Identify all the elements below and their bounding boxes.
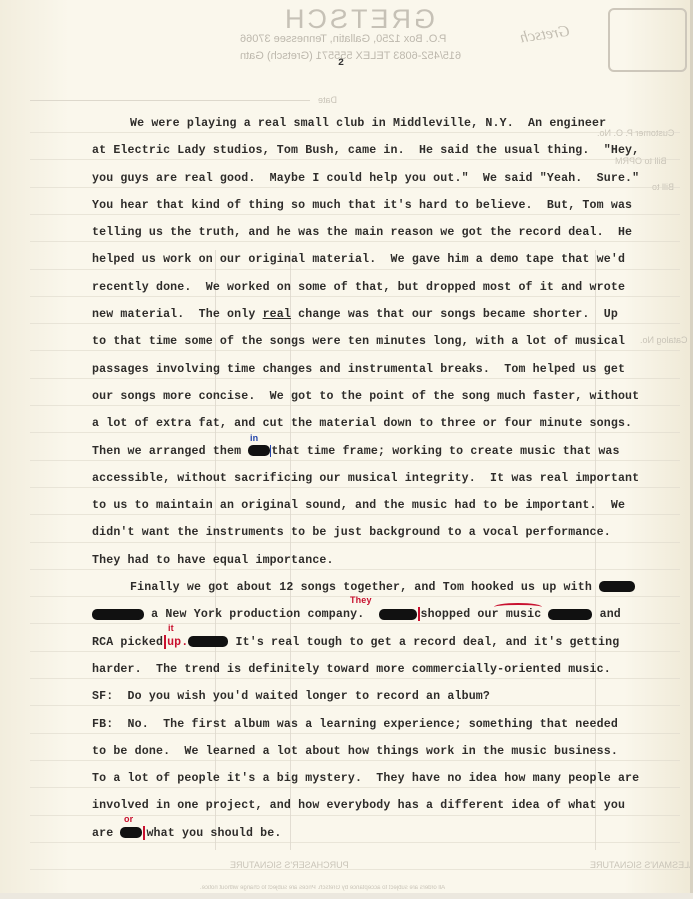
underlined-word: real: [263, 308, 291, 321]
showthrough-rule: [30, 100, 310, 101]
text-line: Then we arranged them that time frame; w…: [92, 438, 612, 465]
redaction-bar: [188, 636, 228, 647]
showthrough-label-date: Date: [318, 95, 337, 105]
text-line: You hear that kind of thing so much that…: [92, 192, 612, 219]
handwritten-insert-it: it: [168, 615, 174, 642]
redaction-bar: [548, 609, 592, 620]
deletion-arc: [494, 603, 542, 611]
insert-caret-icon: [418, 607, 420, 621]
text-fragment: are: [92, 827, 120, 840]
text-line: We were playing a real small club in Mid…: [92, 110, 612, 137]
text-fragment: It's real tough to get a record deal, an…: [228, 636, 619, 649]
showthrough-logo-text: Gretsch: [519, 23, 571, 48]
text-fragment: that time frame; working to create music…: [271, 445, 619, 458]
text-line: To a lot of people it's a big mystery. T…: [92, 765, 612, 792]
text-fragment: a New York production company.: [144, 608, 379, 621]
text-line: to be done. We learned a lot about how t…: [92, 738, 612, 765]
page-edge: [0, 893, 693, 899]
showthrough-footer-note: All orders are subject to acceptance by …: [200, 885, 445, 891]
text-line: you guys are real good. Maybe I could he…: [92, 165, 612, 192]
showthrough-address-1: P.O. Box 1250, Gallatin, Tennessee 37066: [240, 33, 446, 45]
text-line: new material. The only real change was t…: [92, 301, 612, 328]
text-line: telling us the truth, and he was the mai…: [92, 219, 612, 246]
text-line: harder. The trend is definitely toward m…: [92, 656, 612, 683]
showthrough-company-name: GRETSCH: [282, 4, 435, 35]
text-line: They had to have equal importance.: [92, 547, 612, 574]
text-line: to us to maintain an original sound, and…: [92, 492, 612, 519]
text-fragment: Then we arranged them: [92, 445, 248, 458]
text-fragment: what you should be.: [146, 827, 281, 840]
text-line: at Electric Lady studios, Tom Bush, came…: [92, 137, 612, 164]
text-line: RCA pickedup. It's real tough to get a r…: [92, 629, 612, 656]
text-line: are what you should be. or: [92, 820, 612, 847]
text-fragment: RCA picked: [92, 636, 163, 649]
handwritten-insert-or: or: [124, 806, 133, 833]
text-line: our songs more concise. We got to the po…: [92, 383, 612, 410]
text-line: recently done. We worked on some of that…: [92, 274, 612, 301]
showthrough-address-2: 615/452-6083 TELEX 555571 (Gretsch) Gatn: [240, 50, 461, 62]
handwritten-insert-in: in: [250, 425, 258, 452]
redaction-bar: [379, 609, 417, 620]
redaction-bar: [599, 581, 635, 592]
text-line: didn't want the instruments to be just b…: [92, 519, 612, 546]
handwritten-insert-they: They: [350, 587, 372, 614]
text-line: passages involving time changes and inst…: [92, 356, 612, 383]
redaction-bar: [92, 609, 144, 620]
text-line: helped us work on our original material.…: [92, 246, 612, 273]
typed-body: We were playing a real small club in Mid…: [92, 110, 612, 847]
text-fragment: and: [592, 608, 620, 621]
page-number: 2: [338, 58, 344, 69]
insert-caret-icon: [164, 635, 166, 649]
text-fragment: change was that our songs became shorter…: [291, 308, 618, 321]
text-line: involved in one project, and how everybo…: [92, 792, 612, 819]
text-line: FB: No. The first album was a learning e…: [92, 711, 612, 738]
showthrough-logo-icon: [608, 8, 687, 72]
scanned-page: GRETSCH P.O. Box 1250, Gallatin, Tenness…: [0, 0, 693, 899]
showthrough-label-billto-oprm: Bill to OPRM: [615, 156, 667, 166]
text-line: accessible, without sacrificing our musi…: [92, 465, 612, 492]
text-line: to that time some of the songs were ten …: [92, 328, 612, 355]
showthrough-label-catalog: Catalog No.: [640, 335, 688, 345]
text-fragment: new material. The only: [92, 308, 263, 321]
text-line: SF: Do you wish you'd waited longer to r…: [92, 683, 612, 710]
text-line: a lot of extra fat, and cut the material…: [92, 410, 612, 437]
